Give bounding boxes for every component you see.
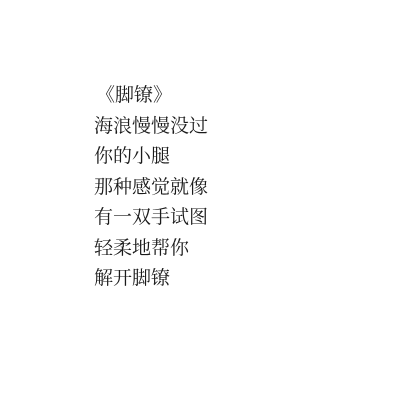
poem-title: 《脚镣》	[96, 80, 208, 111]
poem: 《脚镣》 海浪慢慢没过 你的小腿 那种感觉就像 有一双手试图 轻柔地帮你 解开脚…	[94, 80, 208, 294]
poem-line: 有一双手试图	[94, 202, 208, 233]
poem-line: 海浪慢慢没过	[94, 111, 208, 142]
poem-line: 解开脚镣	[94, 263, 208, 294]
poem-line: 那种感觉就像	[94, 172, 208, 203]
poem-line: 轻柔地帮你	[94, 233, 208, 264]
poem-line: 你的小腿	[94, 141, 208, 172]
